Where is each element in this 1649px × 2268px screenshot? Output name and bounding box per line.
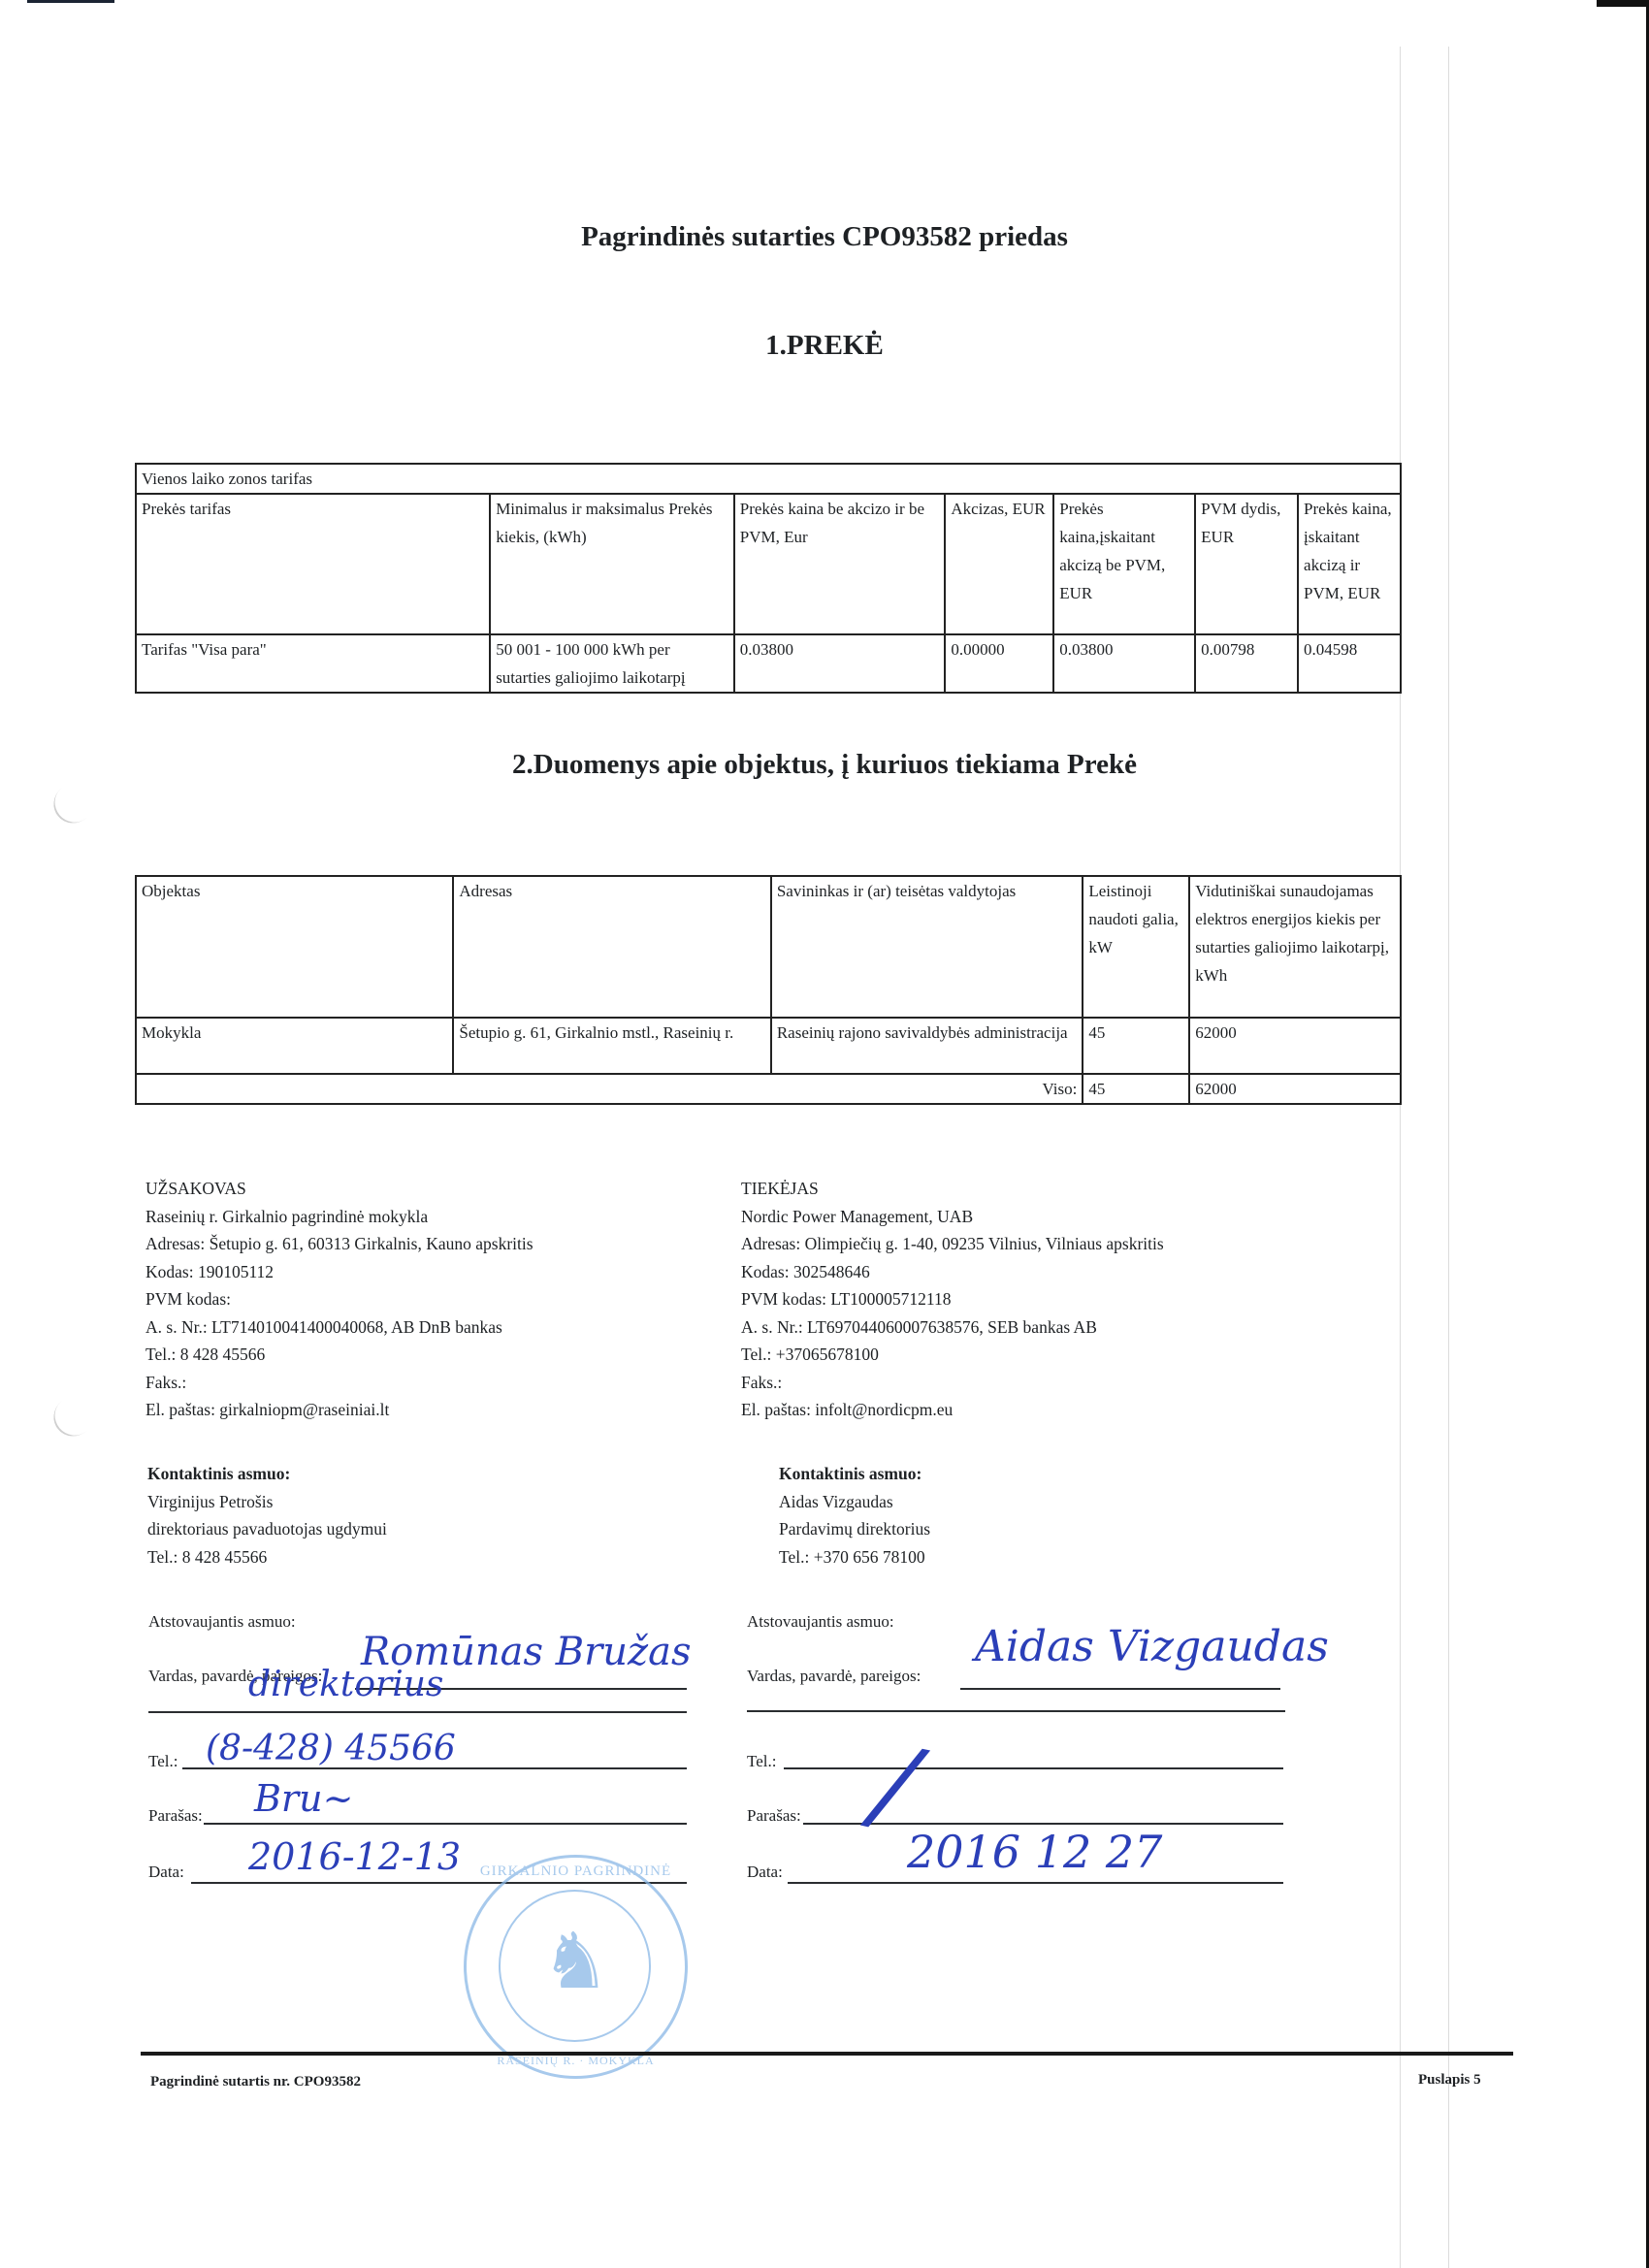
total-power: 45 <box>1083 1074 1189 1104</box>
punch-hole-mark <box>46 1388 102 1444</box>
supplier-fax: Faks.: <box>741 1369 1164 1397</box>
supplier-role: TIEKĖJAS <box>741 1175 1164 1203</box>
page-number: Puslapis 5 <box>1418 2072 1481 2089</box>
section-1-title: 1.PREKĖ <box>0 330 1649 362</box>
column-header: PVM dydis, EUR <box>1195 494 1298 634</box>
section-2-title: 2.Duomenys apie objektus, į kuriuos tiek… <box>0 749 1649 781</box>
representative-label: Atstovaujantis asmuo: <box>747 1612 894 1632</box>
column-header: Vidutiniškai sunaudojamas elektros energ… <box>1189 876 1401 1018</box>
contact-phone: Tel.: 8 428 45566 <box>147 1543 387 1571</box>
scan-edge <box>27 0 114 3</box>
signature-label: Parašas: <box>747 1806 801 1826</box>
stamp-top-text: GIRKALNIO PAGRINDINĖ <box>467 1863 685 1880</box>
customer-phone: Tel.: 8 428 45566 <box>145 1341 533 1369</box>
customer-code: Kodas: 190105112 <box>145 1258 533 1286</box>
cell-excise: 0.00000 <box>945 634 1053 693</box>
punch-hole-mark <box>46 775 102 831</box>
cell-object: Mokykla <box>136 1018 453 1074</box>
column-header: Minimalus ir maksimalus Prekės kiekis, (… <box>490 494 734 634</box>
table-total-row: Viso: 45 62000 <box>136 1074 1401 1104</box>
total-energy: 62000 <box>1189 1074 1401 1104</box>
cell-owner: Raseinių rajono savivaldybės administrac… <box>771 1018 1083 1074</box>
objects-table: Objektas Adresas Savininkas ir (ar) teis… <box>135 875 1402 1105</box>
supplier-vat-code: PVM kodas: LT100005712118 <box>741 1285 1164 1313</box>
customer-contact: Kontaktinis asmuo: Virginijus Petrošis d… <box>147 1460 387 1571</box>
customer-details: UŽSAKOVAS Raseinių r. Girkalnio pagrindi… <box>145 1175 533 1424</box>
supplier-email: El. paštas: infolt@nordicpm.eu <box>741 1396 1164 1424</box>
phone-field-line[interactable] <box>784 1767 1283 1769</box>
column-header: Savininkas ir (ar) teisėtas valdytojas <box>771 876 1083 1018</box>
supplier-name: Nordic Power Management, UAB <box>741 1203 1164 1231</box>
page-fold-line <box>1400 47 1401 2268</box>
table-caption-row: Vienos laiko zonos tarifas <box>136 464 1401 494</box>
cell-tariff: Tarifas "Visa para" <box>136 634 490 693</box>
column-header: Leistinoji naudoti galia, kW <box>1083 876 1189 1018</box>
customer-account: A. s. Nr.: LT714010041400040068, AB DnB … <box>145 1313 533 1342</box>
cell-price-total: 0.04598 <box>1298 634 1401 693</box>
cell-quantity: 50 001 - 100 000 kWh per sutarties galio… <box>490 634 734 693</box>
supplier-code: Kodas: 302548646 <box>741 1258 1164 1286</box>
column-header: Akcizas, EUR <box>945 494 1053 634</box>
contact-name: Aidas Vizgaudas <box>779 1488 930 1516</box>
cell-vat: 0.00798 <box>1195 634 1298 693</box>
supplier-phone: Tel.: +37065678100 <box>741 1341 1164 1369</box>
table-row: Tarifas "Visa para" 50 001 - 100 000 kWh… <box>136 634 1401 693</box>
contact-name: Virginijus Petrošis <box>147 1488 387 1516</box>
phone-label: Tel.: <box>148 1752 178 1771</box>
column-header: Objektas <box>136 876 453 1018</box>
column-header: Prekės kaina be akcizo ir be PVM, Eur <box>734 494 946 634</box>
footer-divider <box>141 2052 1513 2056</box>
contact-position: Pardavimų direktorius <box>779 1515 930 1543</box>
cell-energy: 62000 <box>1189 1018 1401 1074</box>
total-label: Viso: <box>136 1074 1083 1104</box>
column-header: Prekės kaina, įskaitant akcizą ir PVM, E… <box>1298 494 1401 634</box>
cell-price-with-excise: 0.03800 <box>1053 634 1195 693</box>
date-field-line[interactable] <box>788 1882 1283 1884</box>
scan-edge <box>1597 0 1649 7</box>
handwritten-date: 2016-12-13 <box>248 1835 461 1878</box>
representative-label: Atstovaujantis asmuo: <box>148 1612 296 1632</box>
stamp-bottom-text: RASEINIŲ R. · MOKYKLA <box>467 2054 685 2068</box>
customer-email: El. paštas: girkalniopm@raseiniai.lt <box>145 1396 533 1424</box>
tariff-table: Vienos laiko zonos tarifas Prekės tarifa… <box>135 463 1402 694</box>
handwritten-signature: Bru~ <box>254 1777 353 1820</box>
cell-address: Šetupio g. 61, Girkalnio mstl., Raseinių… <box>453 1018 770 1074</box>
customer-fax: Faks.: <box>145 1369 533 1397</box>
table-header-row: Prekės tarifas Minimalus ir maksimalus P… <box>136 494 1401 634</box>
column-header: Adresas <box>453 876 770 1018</box>
position-field-line[interactable] <box>747 1710 1285 1712</box>
customer-name: Raseinių r. Girkalnio pagrindinė mokykla <box>145 1203 533 1231</box>
official-stamp: GIRKALNIO PAGRINDINĖ ♞ RASEINIŲ R. · MOK… <box>464 1855 688 2079</box>
contact-phone: Tel.: +370 656 78100 <box>779 1543 930 1571</box>
date-label: Data: <box>747 1863 783 1882</box>
name-label: Vardas, pavardė, pareigos: <box>747 1667 921 1686</box>
footer-contract-number: Pagrindinė sutartis nr. CPO93582 <box>150 2074 361 2090</box>
table-row: Mokykla Šetupio g. 61, Girkalnio mstl., … <box>136 1018 1401 1074</box>
customer-address: Adresas: Šetupio g. 61, 60313 Girkalnis,… <box>145 1230 533 1258</box>
column-header: Prekės kaina,įskaitant akcizą be PVM, EU… <box>1053 494 1195 634</box>
date-label: Data: <box>148 1863 184 1882</box>
name-field-line[interactable] <box>960 1688 1280 1690</box>
handwritten-phone: (8-428) 45566 <box>206 1729 456 1768</box>
supplier-address: Adresas: Olimpiečių g. 1-40, 09235 Vilni… <box>741 1230 1164 1258</box>
column-header: Prekės tarifas <box>136 494 490 634</box>
customer-role: UŽSAKOVAS <box>145 1175 533 1203</box>
supplier-account: A. s. Nr.: LT697044060007638576, SEB ban… <box>741 1313 1164 1342</box>
supplier-contact: Kontaktinis asmuo: Aidas Vizgaudas Parda… <box>779 1460 930 1571</box>
contact-heading: Kontaktinis asmuo: <box>779 1460 930 1488</box>
table-caption: Vienos laiko zonos tarifas <box>136 464 1401 494</box>
signature-label: Parašas: <box>148 1806 203 1826</box>
contact-heading: Kontaktinis asmuo: <box>147 1460 387 1488</box>
handwritten-position: direktorius <box>248 1665 443 1704</box>
table-header-row: Objektas Adresas Savininkas ir (ar) teis… <box>136 876 1401 1018</box>
document-title: Pagrindinės sutarties CPO93582 priedas <box>0 221 1649 253</box>
vytis-emblem-icon: ♞ <box>467 1914 685 2011</box>
customer-vat-code: PVM kodas: <box>145 1285 533 1313</box>
page-fold-line <box>1448 47 1449 2268</box>
phone-label: Tel.: <box>747 1752 776 1771</box>
handwritten-date: 2016 12 27 <box>907 1826 1162 1878</box>
position-field-line[interactable] <box>148 1711 687 1713</box>
cell-price-no-excise: 0.03800 <box>734 634 946 693</box>
handwritten-name: Aidas Vizgaudas <box>975 1622 1329 1671</box>
contact-position: direktoriaus pavaduotojas ugdymui <box>147 1515 387 1543</box>
signature-field-line[interactable] <box>204 1823 687 1825</box>
cell-power: 45 <box>1083 1018 1189 1074</box>
supplier-details: TIEKĖJAS Nordic Power Management, UAB Ad… <box>741 1175 1164 1424</box>
